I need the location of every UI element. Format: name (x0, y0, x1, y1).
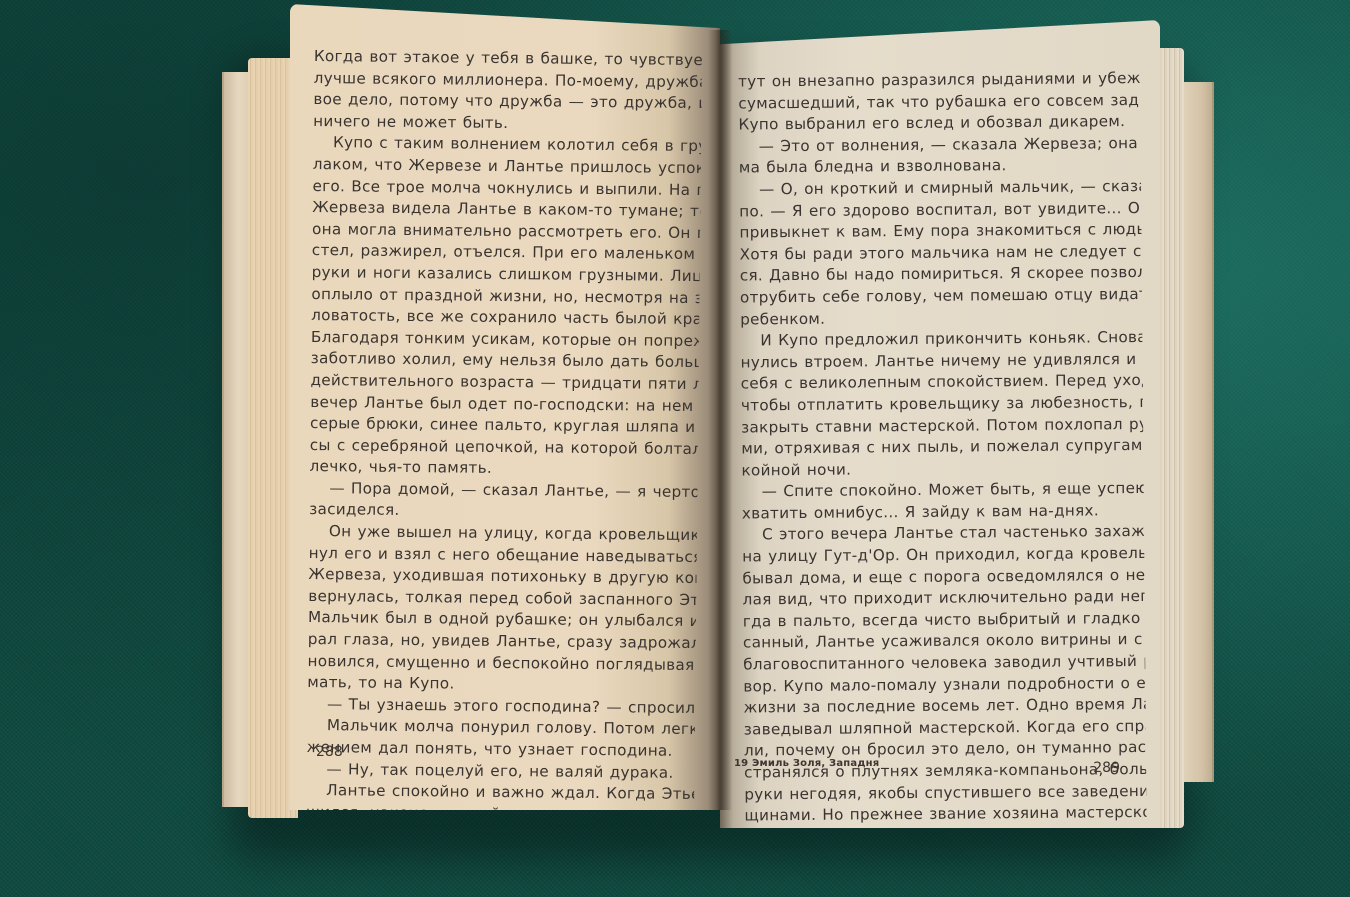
page-number-right: 289 (1093, 760, 1120, 776)
text-line: отрубить себе голову, чем помешаю отцу в… (740, 284, 1142, 309)
text-line: И Купо предложил прикончить коньяк. Снов… (740, 327, 1142, 352)
text-line: чтобы отплатить кровельщику за любезност… (741, 392, 1143, 417)
left-page: Когда вот этакое у тебя в башке, то чувс… (290, 4, 720, 810)
text-line: привыкнет к вам. Ему пора знакомиться с … (739, 219, 1141, 244)
page-number-left: 288 (316, 744, 343, 760)
text-line: — Это от волнения, — сказала Жервеза; он… (739, 133, 1141, 158)
text-line: тут он внезапно разразился рыданиями и у… (738, 68, 1140, 93)
text-line: — О, он кроткий и смирный мальчик, — ска… (739, 176, 1141, 201)
text-line: благовоспитанного человека заводил учтив… (743, 651, 1145, 676)
left-page-text: Когда вот этакое у тебя в башке, то чувс… (305, 46, 702, 871)
text-line: ми, отряхивая с них пыль, и пожелал супр… (741, 435, 1143, 460)
right-page: тут он внезапно разразился рыданиями и у… (720, 20, 1160, 828)
text-line: на улицу Гут-д'Ор. Он приходил, когда кр… (742, 543, 1144, 568)
printer-signature: 19 Эмиль Золя, Западня (734, 758, 879, 769)
